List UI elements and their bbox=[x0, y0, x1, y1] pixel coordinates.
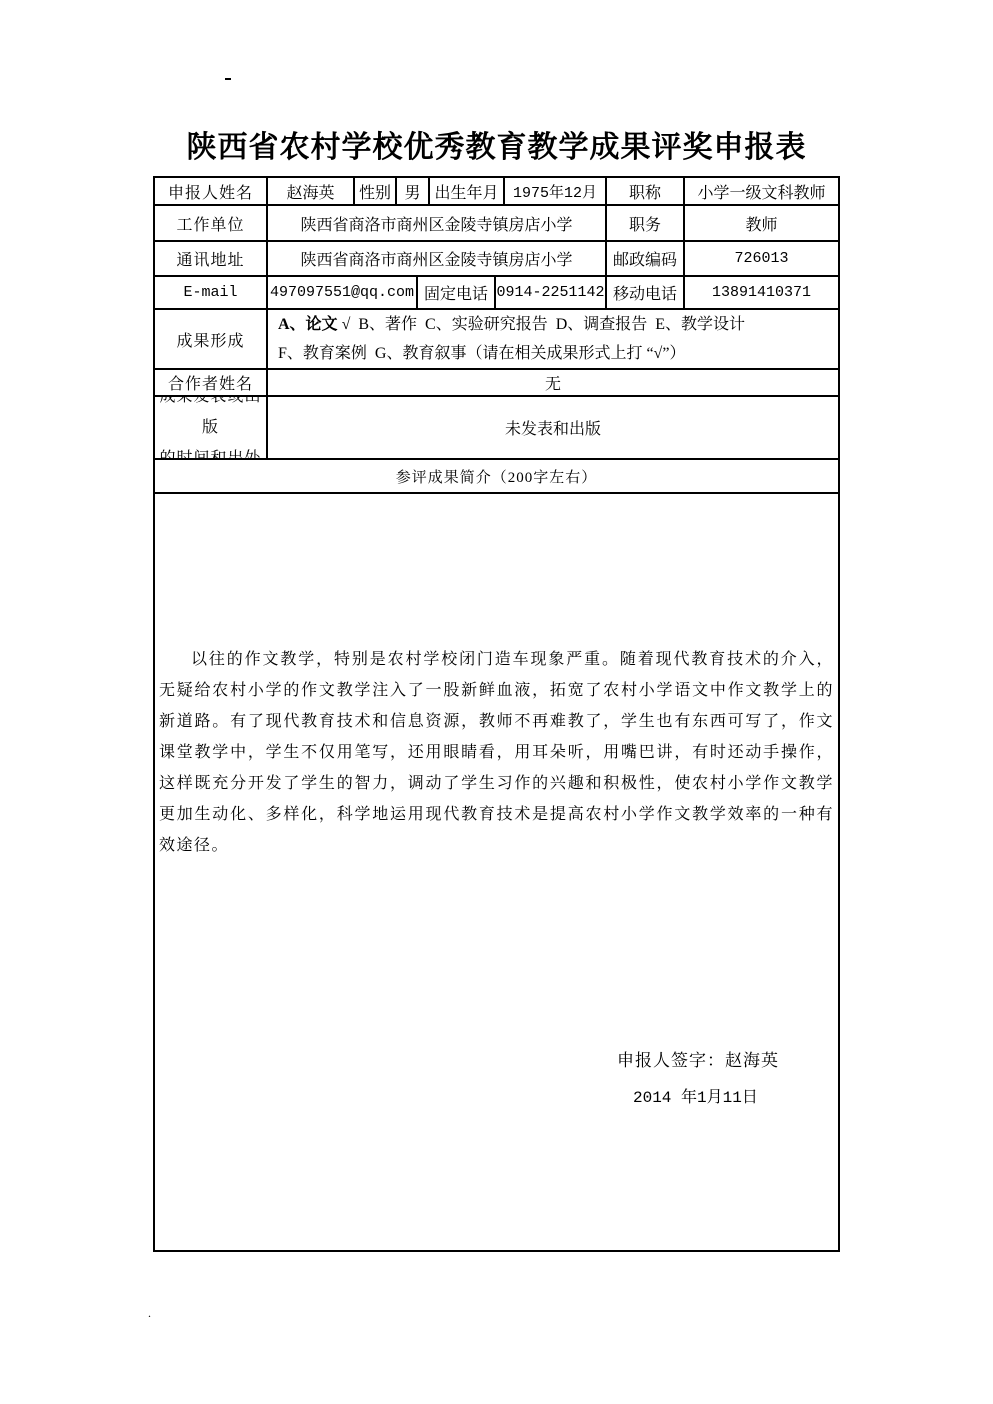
postal-code-value: 726013 bbox=[685, 242, 838, 277]
summary-header: 参评成果简介（200字左右） bbox=[155, 460, 838, 494]
gender-value: 男 bbox=[397, 178, 430, 206]
mobile-label: 移动电话 bbox=[607, 277, 685, 310]
address-value: 陕西省商洛市商州区金陵寺镇房店小学 bbox=[268, 242, 607, 277]
summary-paragraph: 以往的作文教学，特别是农村学校闭门造车现象严重。随着现代教育技术的介入，无疑给农… bbox=[159, 644, 834, 861]
row-publication: 成果发表或出版 的时间和出处 未发表和出版 bbox=[155, 397, 838, 460]
option-a-selected: A、论文 bbox=[278, 316, 342, 333]
stray-dash-mark bbox=[225, 78, 231, 80]
row-applicant: 申报人姓名 赵海英 性别 男 出生年月 1975年12月 职称 小学一级文科教师 bbox=[155, 178, 838, 206]
position-label: 职务 bbox=[607, 206, 685, 242]
position-value: 教师 bbox=[685, 206, 838, 242]
work-unit-label: 工作单位 bbox=[155, 206, 268, 242]
row-summary-header: 参评成果简介（200字左右） bbox=[155, 460, 838, 494]
achievement-options-rest: B、著作 C、实验研究报告 D、调查报告 E、教学设计 bbox=[350, 316, 745, 333]
summary-body-cell: 以往的作文教学，特别是农村学校闭门造车现象严重。随着现代教育技术的介入，无疑给农… bbox=[155, 494, 838, 1250]
stray-dot-mark: . bbox=[148, 1308, 151, 1318]
achievement-form-label: 成果形成 bbox=[155, 310, 268, 370]
publication-value: 未发表和出版 bbox=[268, 397, 838, 460]
row-contact: E-mail 497097551@qq.com 固定电话 0914-225114… bbox=[155, 277, 838, 310]
application-form-table: 申报人姓名 赵海英 性别 男 出生年月 1975年12月 职称 小学一级文科教师… bbox=[153, 176, 840, 1252]
publication-label-line2: 的时间和出处 bbox=[159, 443, 261, 460]
achievement-options-line2: F、教育案例 G、教育叙事（请在相关成果形式上打 “√”） bbox=[278, 339, 685, 368]
row-address: 通讯地址 陕西省商洛市商州区金陵寺镇房店小学 邮政编码 726013 bbox=[155, 242, 838, 277]
publication-label: 成果发表或出版 的时间和出处 bbox=[155, 397, 268, 460]
row-summary-body: 以往的作文教学，特别是农村学校闭门造车现象严重。随着现代教育技术的介入，无疑给农… bbox=[155, 494, 838, 1250]
mobile-value: 13891410371 bbox=[685, 277, 838, 310]
birth-date-label: 出生年月 bbox=[430, 178, 505, 206]
birth-date-value: 1975年12月 bbox=[505, 178, 607, 206]
row-collaborator: 合作者姓名 无 bbox=[155, 370, 838, 397]
applicant-signature: 申报人签字：赵海英 bbox=[617, 1046, 779, 1071]
landline-label: 固定电话 bbox=[418, 277, 496, 310]
achievement-form-options: A、论文 √ B、著作 C、实验研究报告 D、调查报告 E、教学设计 F、教育案… bbox=[268, 310, 838, 370]
achievement-options-line1: A、论文 √ B、著作 C、实验研究报告 D、调查报告 E、教学设计 bbox=[278, 310, 745, 339]
applicant-name-value: 赵海英 bbox=[268, 178, 355, 206]
professional-title-value: 小学一级文科教师 bbox=[685, 178, 838, 206]
collaborator-value: 无 bbox=[268, 370, 838, 397]
email-label: E-mail bbox=[155, 277, 268, 310]
landline-value: 0914-2251142 bbox=[496, 277, 607, 310]
professional-title-label: 职称 bbox=[607, 178, 685, 206]
collaborator-label: 合作者姓名 bbox=[155, 370, 268, 397]
signature-date: 2014 年1月11日 bbox=[633, 1084, 758, 1107]
address-label: 通讯地址 bbox=[155, 242, 268, 277]
application-form-page: 陕西省农村学校优秀教育教学成果评奖申报表 申报人姓名 赵海英 性别 男 出生年月… bbox=[0, 0, 993, 1404]
work-unit-value: 陕西省商洛市商州区金陵寺镇房店小学 bbox=[268, 206, 607, 242]
applicant-name-label: 申报人姓名 bbox=[155, 178, 268, 206]
gender-label: 性别 bbox=[355, 178, 397, 206]
publication-label-line1: 成果发表或出版 bbox=[155, 397, 266, 443]
postal-code-label: 邮政编码 bbox=[607, 242, 685, 277]
row-achievement-form: 成果形成 A、论文 √ B、著作 C、实验研究报告 D、调查报告 E、教学设计 … bbox=[155, 310, 838, 370]
row-work-unit: 工作单位 陕西省商洛市商州区金陵寺镇房店小学 职务 教师 bbox=[155, 206, 838, 242]
email-value: 497097551@qq.com bbox=[268, 277, 418, 310]
page-title: 陕西省农村学校优秀教育教学成果评奖申报表 bbox=[0, 122, 993, 166]
